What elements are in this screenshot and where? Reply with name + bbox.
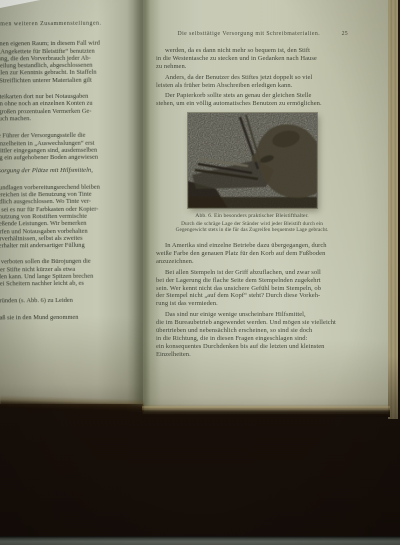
left-running-head: Die gleichsamen weiteren Zusammenstellun…	[0, 20, 145, 29]
body-paragraph: Das sind nur einige wenige unscheinbare …	[156, 311, 348, 358]
text-line: Gegengewicht stets in die für das Zugrei…	[156, 227, 348, 234]
text-line: sein. Wer kennt nicht das unsichere Gefü…	[156, 285, 348, 293]
text-line: aus diesen Gründen (s. Abb. 6) zu Leiden	[0, 296, 147, 305]
text-line: Abb. 6. Ein besonders praktischer Bleist…	[156, 213, 348, 220]
figure-image	[188, 113, 317, 208]
text-line: zu nehmen.	[156, 63, 348, 71]
text-line: Bei allen Stempeln ist der Griff abzufla…	[156, 269, 348, 277]
text-line: leisten als früher beim Abschreiben erle…	[156, 82, 348, 90]
running-head: Die selbsttätige Versorgung mit Schreibm…	[156, 31, 348, 39]
left-paragraph: ausdrücklich verboten sollen die Bürojun…	[0, 258, 147, 288]
left-page-text-column: Die gleichsamen weiteren Zusammenstellun…	[0, 20, 147, 324]
text-line: Das sind nur einige wenige unscheinbare …	[156, 311, 348, 319]
text-line: werden, da es dann nicht mehr so bequem …	[156, 47, 348, 55]
fore-edge-pages	[388, 0, 398, 419]
photo-bottom-strip	[0, 536, 400, 545]
body-paragraph: werden, da es dann nicht mehr so bequem …	[156, 47, 348, 71]
text-line: in die Westentasche zu stecken und in Ge…	[156, 55, 348, 63]
text-line: Der Papierkorb sollte stets an genau der…	[156, 92, 348, 100]
text-line: bei der Lagerung die flache Seite dem St…	[156, 277, 348, 285]
right-page: Die selbsttätige Versorgung mit Schreibm…	[143, 0, 388, 414]
left-paragraph: weil sich Karteikarten dort nur bei Nota…	[0, 92, 146, 122]
text-line: stehen, um ein völlig automatisches Benu…	[156, 100, 348, 108]
text-line: der Stempel nicht „auf dem Kopf“ steht? …	[156, 292, 348, 300]
table-shadow	[188, 197, 317, 208]
text-line: etwa Füllfederhalter mit andersartiger F…	[0, 241, 147, 250]
text-line: In Amerika sind einzelne Betriebe dazu ü…	[156, 242, 348, 250]
text-line: weiße Farbe den genauen Platz für den Ko…	[156, 250, 348, 258]
text-line: zu denken, daß sie in den Mund genommen	[0, 313, 147, 322]
body-paragraph: Anders, da der Benutzer des Stiftes jetz…	[156, 74, 348, 90]
text-line: zur Befolgung ein aufgehobener Boden ang…	[0, 154, 146, 163]
text-line: dies auch zwei Scheitern nachher leicht …	[0, 280, 147, 289]
body-paragraph: Bei allen Stempeln ist der Griff abzufla…	[156, 269, 348, 309]
pencil-holder-illustration	[188, 113, 317, 208]
text-line: Anders, da der Benutzer des Stiftes jetz…	[156, 74, 348, 82]
running-head-title: Die selbsttätige Versorgung mit Schreibm…	[156, 31, 342, 39]
left-paragraph: Auch den Grundlagen vorbereitungsrechend…	[0, 183, 147, 250]
figure-caption: Abb. 6. Ein besonders praktischer Bleist…	[156, 213, 348, 234]
left-section-heading: sönliche Versorgung der Plätze mit Hilfs…	[0, 167, 146, 176]
right-page-bottom-edge	[142, 404, 390, 417]
left-paragraph: dafür, daß die Führer der Versorgungsste…	[0, 132, 146, 162]
text-line: Einzelheiten.	[156, 351, 348, 359]
right-page-text-column: Die selbsttätige Versorgung mit Schreibm…	[156, 31, 348, 362]
text-line: anzuzeichnen.	[156, 258, 348, 266]
left-paragraph: etwa durch einen eigenen Raum; in diesem…	[0, 40, 145, 85]
book-photo: Die gleichsamen weiteren Zusammenstellun…	[0, 0, 400, 545]
text-line: in die Richtung, die in diesen Fragen ei…	[156, 335, 348, 343]
left-page: Die gleichsamen weiteren Zusammenstellun…	[0, 0, 143, 404]
text-line: die im Bureaubetrieb angewendet werden. …	[156, 319, 348, 327]
text-line: wie auch bei Streiflichten unterer Mater…	[0, 76, 145, 85]
body-paragraph: In Amerika sind einzelne Betriebe dazu ü…	[156, 242, 348, 266]
text-line: ein konsequentes Durchdenken bis auf die…	[156, 343, 348, 351]
page-number: 25	[342, 31, 348, 39]
text-line: vollen Gebrauch machen.	[0, 114, 146, 123]
left-paragraph: aus diesen Gründen (s. Abb. 6) zu Leiden	[0, 296, 147, 305]
body-paragraph: Der Papierkorb sollte stets an genau der…	[156, 92, 348, 108]
text-line: übertrieben und nebensächlich erscheinen…	[156, 327, 348, 335]
left-paragraph: zu denken, daß sie in den Mund genommen	[0, 313, 147, 322]
text-line: rung ist das vermieden.	[156, 300, 348, 308]
